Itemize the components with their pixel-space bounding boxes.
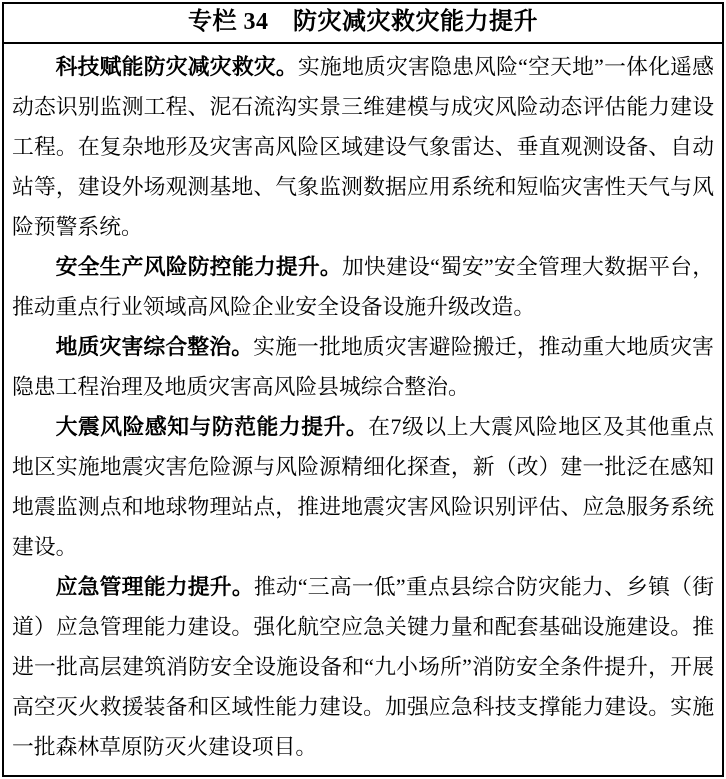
paragraph-lead: 安全生产风险防控能力提升。 — [56, 255, 342, 279]
column-box: 专栏 34 防灾减灾救灾能力提升 科技赋能防灾减灾救灾。实施地质灾害隐患风险“空… — [2, 2, 724, 777]
paragraph-lead: 大震风险感知与防范能力提升。 — [56, 415, 369, 439]
paragraph: 安全生产风险防控能力提升。加快建设“蜀安”安全管理大数据平台，推动重点行业领域高… — [12, 247, 714, 327]
column-title: 专栏 34 防灾减灾救灾能力提升 — [4, 4, 722, 44]
paragraph: 应急管理能力提升。推动“三高一低”重点县综合防灾能力、乡镇（街道）应急管理能力建… — [12, 567, 714, 767]
paragraph: 科技赋能防灾减灾救灾。实施地质灾害隐患风险“空天地”一体化遥感动态识别监测工程、… — [12, 47, 714, 247]
paragraph-text: 实施地质灾害隐患风险“空天地”一体化遥感动态识别监测工程、泥石流沟实景三维建模与… — [12, 55, 714, 239]
paragraph: 大震风险感知与防范能力提升。在7级以上大震风险地区及其他重点地区实施地震灾害危险… — [12, 407, 714, 567]
column-body: 科技赋能防灾减灾救灾。实施地质灾害隐患风险“空天地”一体化遥感动态识别监测工程、… — [4, 44, 722, 767]
paragraph: 地质灾害综合整治。实施一批地质灾害避险搬迁，推动重大地质灾害隐患工程治理及地质灾… — [12, 327, 714, 407]
paragraph-lead: 科技赋能防灾减灾救灾。 — [56, 55, 298, 79]
paragraph-text: 推动“三高一低”重点县综合防灾能力、乡镇（街道）应急管理能力建设。强化航空应急关… — [12, 575, 714, 759]
paragraph-lead: 地质灾害综合整治。 — [56, 335, 254, 359]
paragraph-lead: 应急管理能力提升。 — [56, 575, 254, 599]
